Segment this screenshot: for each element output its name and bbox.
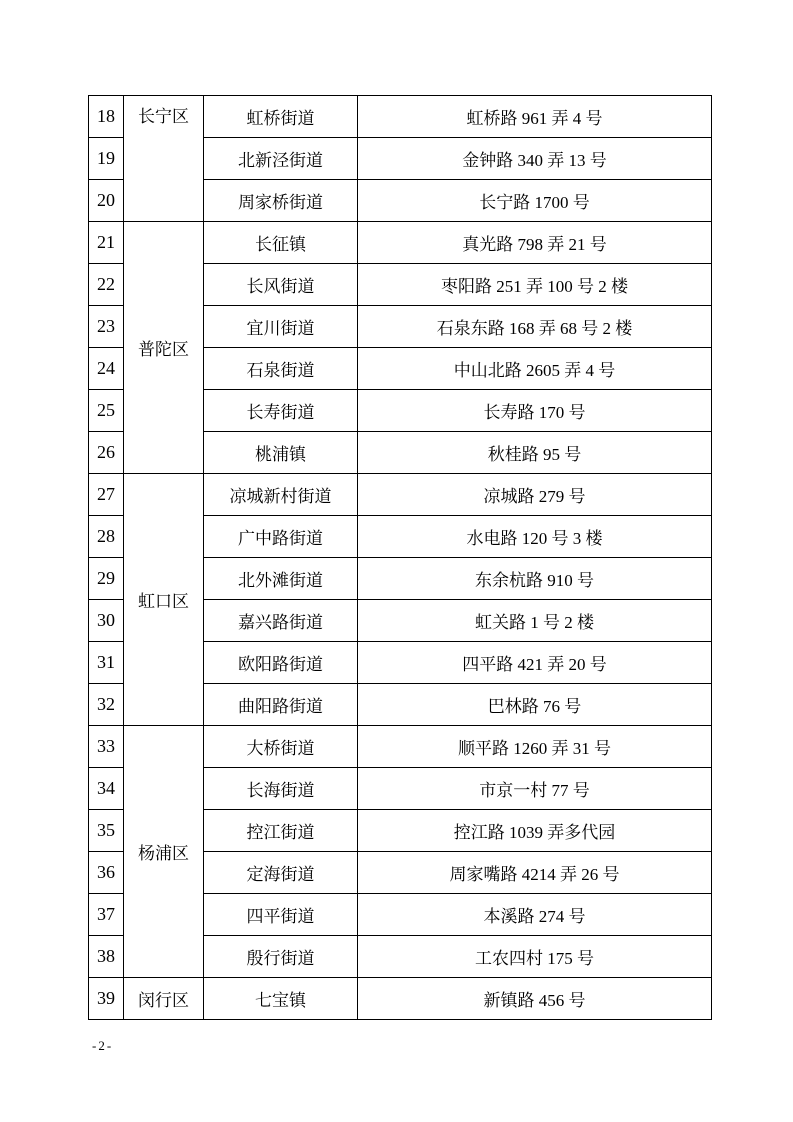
street-name-cell: 石泉街道 xyxy=(204,348,358,390)
address-cell: 虹桥路 961 弄 4 号 xyxy=(358,96,712,138)
street-name-cell: 广中路街道 xyxy=(204,516,358,558)
street-name-cell: 控江街道 xyxy=(204,810,358,852)
address-cell: 巴林路 76 号 xyxy=(358,684,712,726)
page-number: -2- xyxy=(92,1038,113,1054)
street-name-cell: 定海街道 xyxy=(204,852,358,894)
table-row: 21普陀区长征镇真光路 798 弄 21 号 xyxy=(89,222,712,264)
row-number-cell: 29 xyxy=(89,558,124,600)
row-number-cell: 36 xyxy=(89,852,124,894)
address-cell: 长宁路 1700 号 xyxy=(358,180,712,222)
street-name-cell: 长海街道 xyxy=(204,768,358,810)
street-name-cell: 七宝镇 xyxy=(204,978,358,1020)
address-cell: 本溪路 274 号 xyxy=(358,894,712,936)
row-number-cell: 27 xyxy=(89,474,124,516)
address-cell: 长寿路 170 号 xyxy=(358,390,712,432)
street-name-cell: 周家桥街道 xyxy=(204,180,358,222)
address-table: 18长宁区虹桥街道虹桥路 961 弄 4 号19北新泾街道金钟路 340 弄 1… xyxy=(88,95,712,1020)
row-number-cell: 25 xyxy=(89,390,124,432)
row-number-cell: 24 xyxy=(89,348,124,390)
address-cell: 石泉东路 168 弄 68 号 2 楼 xyxy=(358,306,712,348)
street-name-cell: 长寿街道 xyxy=(204,390,358,432)
district-label: 杨浦区 xyxy=(138,844,189,863)
street-name-cell: 宜川街道 xyxy=(204,306,358,348)
address-cell: 新镇路 456 号 xyxy=(358,978,712,1020)
street-name-cell: 长征镇 xyxy=(204,222,358,264)
row-number-cell: 32 xyxy=(89,684,124,726)
district-label: 长宁区 xyxy=(124,96,203,137)
district-cell: 闵行区 xyxy=(124,978,204,1020)
row-number-cell: 38 xyxy=(89,936,124,978)
address-cell: 水电路 120 号 3 楼 xyxy=(358,516,712,558)
row-number-cell: 26 xyxy=(89,432,124,474)
address-cell: 凉城路 279 号 xyxy=(358,474,712,516)
page: 18长宁区虹桥街道虹桥路 961 弄 4 号19北新泾街道金钟路 340 弄 1… xyxy=(0,0,793,1122)
address-cell: 控江路 1039 弄多代园 xyxy=(358,810,712,852)
address-cell: 东余杭路 910 号 xyxy=(358,558,712,600)
row-number-cell: 30 xyxy=(89,600,124,642)
district-cell: 杨浦区 xyxy=(124,726,204,978)
address-cell: 中山北路 2605 弄 4 号 xyxy=(358,348,712,390)
address-cell: 工农四村 175 号 xyxy=(358,936,712,978)
district-cell: 普陀区 xyxy=(124,222,204,474)
address-cell: 四平路 421 弄 20 号 xyxy=(358,642,712,684)
row-number-cell: 22 xyxy=(89,264,124,306)
table-row: 18长宁区虹桥街道虹桥路 961 弄 4 号 xyxy=(89,96,712,138)
street-name-cell: 欧阳路街道 xyxy=(204,642,358,684)
street-name-cell: 桃浦镇 xyxy=(204,432,358,474)
district-label: 闵行区 xyxy=(138,991,189,1010)
district-cell: 虹口区 xyxy=(124,474,204,726)
row-number-cell: 23 xyxy=(89,306,124,348)
table-row: 27虹口区凉城新村街道凉城路 279 号 xyxy=(89,474,712,516)
document-page: { "page": { "background_color": "#ffffff… xyxy=(0,0,793,1122)
table-row: 33杨浦区大桥街道顺平路 1260 弄 31 号 xyxy=(89,726,712,768)
row-number-cell: 39 xyxy=(89,978,124,1020)
street-name-cell: 四平街道 xyxy=(204,894,358,936)
street-name-cell: 嘉兴路街道 xyxy=(204,600,358,642)
address-cell: 虹关路 1 号 2 楼 xyxy=(358,600,712,642)
street-name-cell: 凉城新村街道 xyxy=(204,474,358,516)
table-row: 39闵行区七宝镇新镇路 456 号 xyxy=(89,978,712,1020)
row-number-cell: 19 xyxy=(89,138,124,180)
street-name-cell: 殷行街道 xyxy=(204,936,358,978)
table-body: 18长宁区虹桥街道虹桥路 961 弄 4 号19北新泾街道金钟路 340 弄 1… xyxy=(89,96,712,1020)
row-number-cell: 18 xyxy=(89,96,124,138)
row-number-cell: 31 xyxy=(89,642,124,684)
district-label: 普陀区 xyxy=(138,340,189,359)
row-number-cell: 34 xyxy=(89,768,124,810)
district-label: 虹口区 xyxy=(138,592,189,611)
street-name-cell: 虹桥街道 xyxy=(204,96,358,138)
address-cell: 顺平路 1260 弄 31 号 xyxy=(358,726,712,768)
row-number-cell: 28 xyxy=(89,516,124,558)
street-name-cell: 北新泾街道 xyxy=(204,138,358,180)
row-number-cell: 35 xyxy=(89,810,124,852)
district-cell: 长宁区 xyxy=(124,96,204,222)
row-number-cell: 37 xyxy=(89,894,124,936)
street-name-cell: 北外滩街道 xyxy=(204,558,358,600)
row-number-cell: 33 xyxy=(89,726,124,768)
address-cell: 市京一村 77 号 xyxy=(358,768,712,810)
row-number-cell: 20 xyxy=(89,180,124,222)
address-cell: 枣阳路 251 弄 100 号 2 楼 xyxy=(358,264,712,306)
address-cell: 金钟路 340 弄 13 号 xyxy=(358,138,712,180)
address-cell: 真光路 798 弄 21 号 xyxy=(358,222,712,264)
street-name-cell: 长风街道 xyxy=(204,264,358,306)
row-number-cell: 21 xyxy=(89,222,124,264)
street-name-cell: 曲阳路街道 xyxy=(204,684,358,726)
street-name-cell: 大桥街道 xyxy=(204,726,358,768)
address-cell: 秋桂路 95 号 xyxy=(358,432,712,474)
address-cell: 周家嘴路 4214 弄 26 号 xyxy=(358,852,712,894)
